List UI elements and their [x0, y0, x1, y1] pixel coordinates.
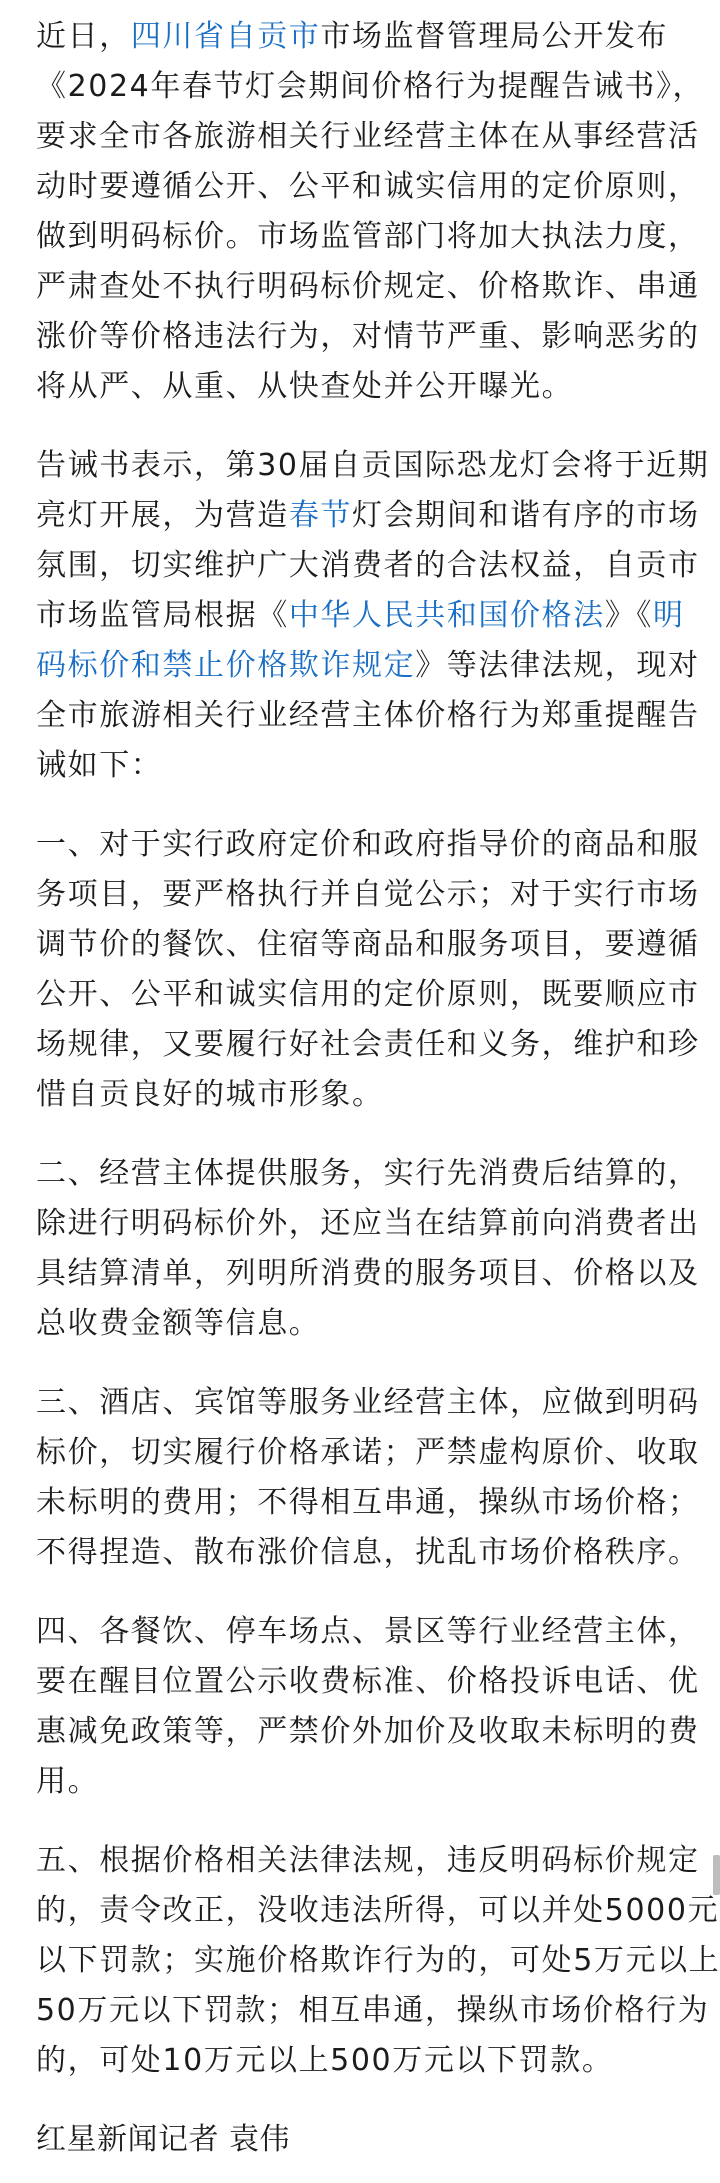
text-line: 的，可处10万元以上500万元以下罚款。 [36, 2036, 696, 2086]
text-line: 动时要遵循公开、公平和诚实信用的定价原则， [36, 162, 696, 212]
text-segment: 二、经营主体提供服务，实行先消费后结算的， [36, 1156, 700, 1191]
text-segment: 全市旅游相关行业经营主体价格行为郑重提醒告 [36, 698, 700, 733]
keyword-link[interactable]: 中华人民共和国价格法 [289, 598, 605, 633]
article-paragraph: 四、各餐饮、停车场点、景区等行业经营主体，要在醒目位置公示收费标准、价格投诉电话… [36, 1607, 696, 1807]
text-line: 惠减免政策等，严禁价外加价及收取未标明的费 [36, 1707, 696, 1757]
text-line: 惜自贡良好的城市形象。 [36, 1070, 696, 1120]
text-segment: 》《 [605, 598, 653, 633]
text-segment: 严肃查处不执行明码标价规定、价格欺诈、串通 [36, 269, 700, 304]
text-segment: 场规律，又要履行好社会责任和义务，维护和珍 [36, 1027, 700, 1062]
text-segment: 五、根据价格相关法律法规，违反明码标价规定 [36, 1843, 700, 1878]
text-line: 《2024年春节灯会期间价格行为提醒告诫书》， [36, 62, 696, 112]
text-line: 以下罚款；实施价格欺诈行为的，可处5万元以上 [36, 1936, 696, 1986]
text-line: 四、各餐饮、停车场点、景区等行业经营主体， [36, 1607, 696, 1657]
keyword-link[interactable]: 码标价和禁止价格欺诈规定 [36, 648, 415, 683]
text-line: 码标价和禁止价格欺诈规定》等法律法规，现对 [36, 641, 696, 691]
text-segment: 用。 [36, 1764, 99, 1799]
article-paragraph: 告诫书表示，第30届自贡国际恐龙灯会将于近期亮灯开展，为营造春节灯会期间和谐有序… [36, 441, 696, 791]
text-line: 全市旅游相关行业经营主体价格行为郑重提醒告 [36, 691, 696, 741]
text-line: 要在醒目位置公示收费标准、价格投诉电话、优 [36, 1657, 696, 1707]
text-segment: 惜自贡良好的城市形象。 [36, 1077, 384, 1112]
text-segment: 三、酒店、宾馆等服务业经营主体，应做到明码 [36, 1385, 700, 1420]
text-line: 要求全市各旅游相关行业经营主体在从事经营活 [36, 112, 696, 162]
text-segment: 告诫书表示，第30届自贡国际恐龙灯会将于近期 [36, 448, 709, 483]
keyword-link[interactable]: 四川省自贡市 [131, 19, 321, 54]
text-segment: 》等法律法规，现对 [415, 648, 699, 683]
text-segment: 50万元以下罚款；相互串通，操纵市场价格行为 [36, 1993, 709, 2028]
text-segment: 将从严、从重、从快查处并公开曝光。 [36, 369, 573, 404]
text-line: 具结算清单，列明所消费的服务项目、价格以及 [36, 1249, 696, 1299]
text-segment: 未标明的费用；不得相互串通，操纵市场价格； [36, 1485, 700, 1520]
text-segment: 务项目，要严格执行并自觉公示；对于实行市场 [36, 877, 700, 912]
text-segment: 灯会期间和谐有序的市场 [352, 498, 700, 533]
text-segment: 标价，切实履行价格承诺；严禁虚构原价、收取 [36, 1435, 700, 1470]
text-line: 将从严、从重、从快查处并公开曝光。 [36, 362, 696, 412]
text-line: 一、对于实行政府定价和政府指导价的商品和服 [36, 820, 696, 870]
keyword-link[interactable]: 春节 [289, 498, 352, 533]
text-segment: 总收费金额等信息。 [36, 1306, 320, 1341]
text-line: 标价，切实履行价格承诺；严禁虚构原价、收取 [36, 1428, 696, 1478]
text-segment: 动时要遵循公开、公平和诚实信用的定价原则， [36, 169, 700, 204]
text-segment: 市场监管局根据《 [36, 598, 289, 633]
text-line: 用。 [36, 1757, 696, 1807]
text-line: 二、经营主体提供服务，实行先消费后结算的， [36, 1149, 696, 1199]
text-segment: 涨价等价格违法行为，对情节严重、影响恶劣的 [36, 319, 700, 354]
article-paragraph: 二、经营主体提供服务，实行先消费后结算的，除进行明码标价外，还应当在结算前向消费… [36, 1149, 696, 1349]
text-line: 公开、公平和诚实信用的定价原则，既要顺应市 [36, 970, 696, 1020]
scrollbar-thumb[interactable] [713, 1855, 720, 1895]
text-line: 场规律，又要履行好社会责任和义务，维护和珍 [36, 1020, 696, 1070]
text-line: 诫如下： [36, 741, 696, 791]
text-segment: 的，责令改正，没收违法所得，可以并处5000元 [36, 1893, 719, 1928]
text-line: 三、酒店、宾馆等服务业经营主体，应做到明码 [36, 1378, 696, 1428]
text-segment: 具结算清单，列明所消费的服务项目、价格以及 [36, 1256, 700, 1291]
text-segment: 氛围，切实维护广大消费者的合法权益，自贡市 [36, 548, 700, 583]
article-paragraph: 一、对于实行政府定价和政府指导价的商品和服务项目，要严格执行并自觉公示；对于实行… [36, 820, 696, 1120]
text-segment: 亮灯开展，为营造 [36, 498, 289, 533]
text-segment: 公开、公平和诚实信用的定价原则，既要顺应市 [36, 977, 700, 1012]
text-segment: 诫如下： [36, 748, 162, 783]
text-segment: 除进行明码标价外，还应当在结算前向消费者出 [36, 1206, 700, 1241]
text-line: 未标明的费用；不得相互串通，操纵市场价格； [36, 1478, 696, 1528]
text-segment: 要在醒目位置公示收费标准、价格投诉电话、优 [36, 1664, 700, 1699]
text-line: 市场监管局根据《中华人民共和国价格法》《明 [36, 591, 696, 641]
article-paragraph: 近日，四川省自贡市市场监督管理局公开发布《2024年春节灯会期间价格行为提醒告诫… [36, 12, 696, 412]
article-paragraph: 三、酒店、宾馆等服务业经营主体，应做到明码标价，切实履行价格承诺；严禁虚构原价、… [36, 1378, 696, 1578]
text-segment: 做到明码标价。市场监管部门将加大执法力度， [36, 219, 700, 254]
keyword-link[interactable]: 明 [653, 598, 685, 633]
text-line: 务项目，要严格执行并自觉公示；对于实行市场 [36, 870, 696, 920]
text-segment: 以下罚款；实施价格欺诈行为的，可处5万元以上 [36, 1943, 720, 1978]
text-segment: 惠减免政策等，严禁价外加价及收取未标明的费 [36, 1714, 700, 1749]
text-line: 除进行明码标价外，还应当在结算前向消费者出 [36, 1199, 696, 1249]
text-segment: 市场监督管理局公开发布 [320, 19, 668, 54]
text-segment: 《2024年春节灯会期间价格行为提醒告诫书》， [36, 69, 704, 104]
text-segment: 不得捏造、散布涨价信息，扰乱市场价格秩序。 [36, 1535, 700, 1570]
reporter-byline: 红星新闻记者 袁伟 [36, 2115, 696, 2165]
text-line: 五、根据价格相关法律法规，违反明码标价规定 [36, 1836, 696, 1886]
text-line: 总收费金额等信息。 [36, 1299, 696, 1349]
text-segment: 要求全市各旅游相关行业经营主体在从事经营活 [36, 119, 700, 154]
text-line: 严肃查处不执行明码标价规定、价格欺诈、串通 [36, 262, 696, 312]
text-segment: 调节价的餐饮、住宿等商品和服务项目，要遵循 [36, 927, 700, 962]
text-line: 不得捏造、散布涨价信息，扰乱市场价格秩序。 [36, 1528, 696, 1578]
text-line: 50万元以下罚款；相互串通，操纵市场价格行为 [36, 1986, 696, 2036]
text-segment: 四、各餐饮、停车场点、景区等行业经营主体， [36, 1614, 700, 1649]
text-segment: 一、对于实行政府定价和政府指导价的商品和服 [36, 827, 700, 862]
article-paragraph: 五、根据价格相关法律法规，违反明码标价规定的，责令改正，没收违法所得，可以并处5… [36, 1836, 696, 2086]
text-segment: 的，可处10万元以上500万元以下罚款。 [36, 2043, 613, 2078]
text-line: 做到明码标价。市场监管部门将加大执法力度， [36, 212, 696, 262]
text-line: 涨价等价格违法行为，对情节严重、影响恶劣的 [36, 312, 696, 362]
text-line: 近日，四川省自贡市市场监督管理局公开发布 [36, 12, 696, 62]
text-line: 氛围，切实维护广大消费者的合法权益，自贡市 [36, 541, 696, 591]
text-line: 告诫书表示，第30届自贡国际恐龙灯会将于近期 [36, 441, 696, 491]
text-line: 调节价的餐饮、住宿等商品和服务项目，要遵循 [36, 920, 696, 970]
text-line: 的，责令改正，没收违法所得，可以并处5000元 [36, 1886, 696, 1936]
text-segment: 近日， [36, 19, 131, 54]
text-line: 亮灯开展，为营造春节灯会期间和谐有序的市场 [36, 491, 696, 541]
article-body: 近日，四川省自贡市市场监督管理局公开发布《2024年春节灯会期间价格行为提醒告诫… [36, 12, 696, 2165]
